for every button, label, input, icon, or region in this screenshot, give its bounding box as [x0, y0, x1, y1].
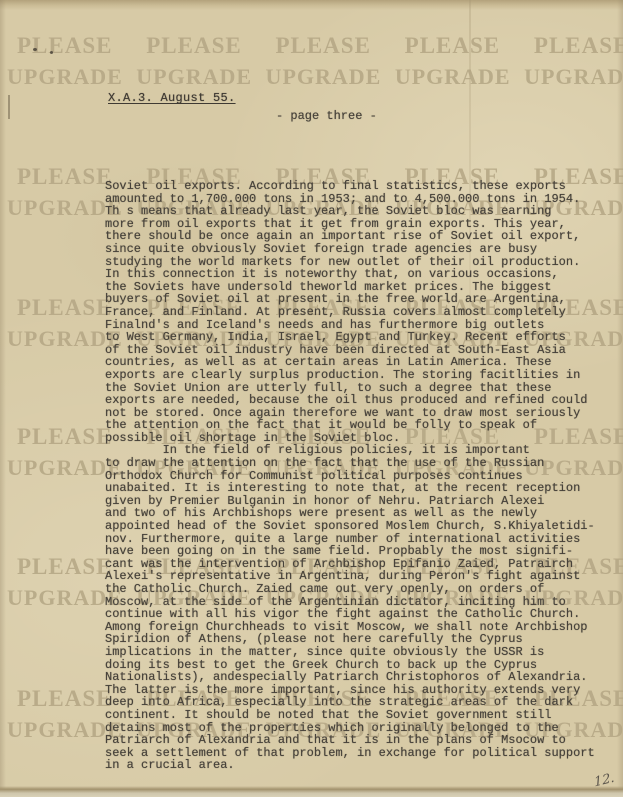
ink-speck	[50, 51, 53, 54]
page-label: - page three -	[276, 109, 377, 123]
watermark-please-row: PLEASE PLEASE PLEASE PLEASE PLEASE	[0, 33, 623, 59]
scan-edge-top	[0, 0, 623, 10]
margin-pen-mark	[8, 95, 10, 119]
scan-edge-bottom	[0, 786, 623, 797]
scanned-document-page: PLEASE PLEASE PLEASE PLEASE PLEASE UPGRA…	[0, 0, 623, 797]
ink-speck	[33, 48, 37, 51]
document-reference: X.A.3. August 55.	[108, 91, 236, 105]
document-body-text: Soviet oil exports. According to final s…	[105, 180, 595, 772]
scan-edge-left	[0, 0, 6, 797]
scan-edge-right	[617, 0, 623, 797]
watermark-band: PLEASE PLEASE PLEASE PLEASE PLEASE UPGRA…	[0, 33, 623, 90]
watermark-upgrade-row: UPGRADE UPGRADE UPGRADE UPGRADE UPGRADE	[0, 64, 623, 90]
